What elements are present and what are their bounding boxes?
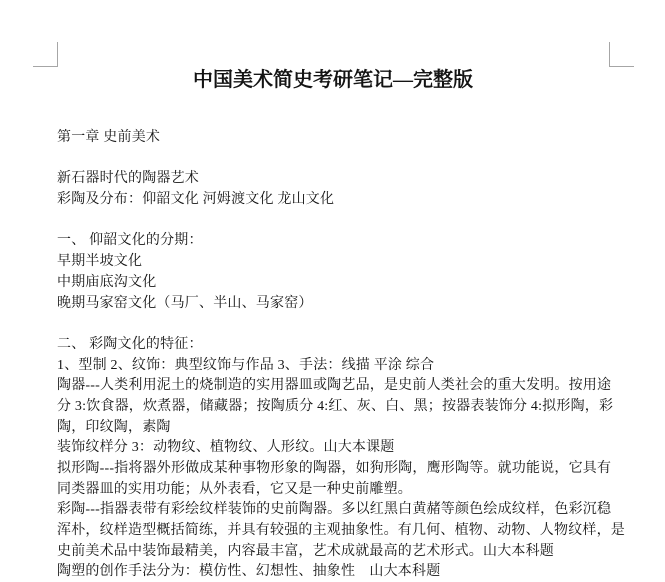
doc-line: 彩陶---指器表带有彩绘纹样装饰的史前陶器。多以红黑白黄赭等颜色绘成纹样，色彩沉… (57, 500, 617, 521)
doc-line: 陶塑的创作手法分为：模仿性、幻想性、抽象性 山大本科题 (57, 562, 617, 582)
margin-cropmark-top-left-icon (33, 42, 58, 67)
doc-line: 早期半坡文化 (57, 252, 617, 273)
doc-line: 晚期马家窑文化（马厂、半山、马家窑） (57, 294, 617, 315)
doc-line: 陶器---人类利用泥土的烧制造的实用器皿或陶艺品，是史前人类社会的重大发明。按用… (57, 376, 617, 397)
doc-line: 史前美术品中装饰最精美，内容最丰富，艺术成就最高的艺术形式。山大本科题 (57, 542, 617, 563)
doc-line: 分 3:饮食器，炊煮器，储藏器；按陶质分 4:红、灰、白、黑；按器表装饰分 4:… (57, 397, 617, 418)
document-title: 中国美术简史考研笔记—完整版 (57, 67, 609, 93)
doc-line: 1、型制 2、纹饰：典型纹饰与作品 3、手法：线描 平涂 综合 (57, 356, 617, 377)
doc-line: 彩陶及分布：仰韶文化 河姆渡文化 龙山文化 (57, 190, 617, 211)
doc-line: 中期庙底沟文化 (57, 273, 617, 294)
doc-line: 陶，印纹陶，素陶 (57, 418, 617, 439)
document-body: 第一章 史前美术 新石器时代的陶器艺术彩陶及分布：仰韶文化 河姆渡文化 龙山文化… (57, 128, 617, 582)
document-page: 中国美术简史考研笔记—完整版 第一章 史前美术 新石器时代的陶器艺术彩陶及分布：… (0, 0, 665, 582)
doc-line: 第一章 史前美术 (57, 128, 617, 149)
doc-line (57, 211, 617, 232)
doc-line: 同类器皿的实用功能；从外表看，它又是一种史前雕塑。 (57, 480, 617, 501)
doc-line: 拟形陶---指将器外形做成某种事物形象的陶器，如狗形陶，鹰形陶等。就功能说，它具… (57, 459, 617, 480)
doc-line: 二、 彩陶文化的特征： (57, 335, 617, 356)
doc-line (57, 149, 617, 170)
doc-line: 浑朴，纹样造型概括简练，并具有较强的主观抽象性。有几何、植物、动物、人物纹样，是 (57, 521, 617, 542)
doc-line: 装饰纹样分 3：动物纹、植物纹、人形纹。山大本课题 (57, 438, 617, 459)
margin-cropmark-top-right-icon (609, 42, 634, 67)
doc-line: 新石器时代的陶器艺术 (57, 169, 617, 190)
doc-line: 一、 仰韶文化的分期： (57, 231, 617, 252)
doc-line (57, 314, 617, 335)
